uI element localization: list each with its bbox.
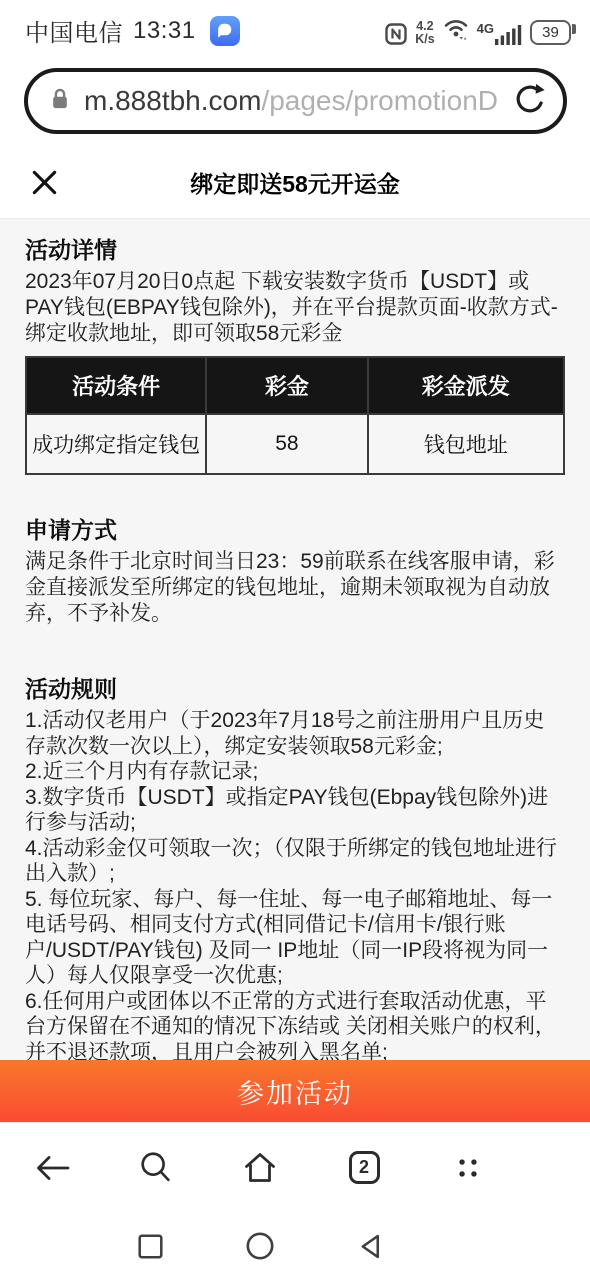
details-heading: 活动详情 — [25, 234, 565, 266]
system-recents-icon[interactable] — [95, 1233, 205, 1260]
lock-icon — [50, 87, 70, 116]
apply-body: 满足条件于北京时间当日23：59前联系在线客服申请，彩金直接派发至所绑定的钱包地… — [25, 549, 565, 627]
table-header-cell: 活动条件 — [26, 357, 206, 414]
browser-back-icon[interactable] — [0, 1148, 104, 1188]
url-path: /pages/promotionD — [261, 85, 498, 116]
table-cell: 钱包地址 — [368, 414, 564, 474]
carrier-label: 中国电信 — [25, 13, 123, 48]
browser-nav-bar: 2 — [0, 1122, 590, 1212]
page-title: 绑定即送58元开运金 — [0, 147, 590, 218]
browser-home-icon[interactable] — [208, 1148, 312, 1188]
url-text: m.888tbh.com/pages/promotionD — [84, 85, 513, 117]
table-header-row: 活动条件 彩金 彩金派发 — [26, 357, 564, 414]
table-cell: 58 — [206, 414, 367, 474]
rule-item: 6.任何用户或团体以不正常的方式进行套取活动优惠，平台方保留在不通知的情况下冻结… — [25, 989, 565, 1066]
promo-table: 活动条件 彩金 彩金派发 成功绑定指定钱包 58 钱包地址 — [25, 356, 565, 475]
rule-item: 1.活动仅老用户（于2023年7月18号之前注册用户且历史存款次数一次以上），绑… — [25, 708, 565, 759]
browser-tabs-icon[interactable]: 2 — [312, 1148, 416, 1188]
table-row: 成功绑定指定钱包 58 钱包地址 — [26, 414, 564, 474]
battery-percent: 39 — [542, 24, 559, 41]
system-back-icon[interactable] — [315, 1232, 425, 1261]
rule-item: 2.近三个月内有存款记录; — [25, 759, 565, 785]
network-speed: 4.2 K/s — [415, 20, 434, 45]
refresh-icon[interactable] — [513, 82, 547, 121]
system-home-icon[interactable] — [205, 1231, 315, 1261]
table-cell: 成功绑定指定钱包 — [26, 414, 206, 474]
rule-item: 4.活动彩金仅可领取一次；（仅限于所绑定的钱包地址进行出入款）; — [25, 836, 565, 887]
url-input[interactable]: m.888tbh.com/pages/promotionD — [24, 68, 567, 134]
apply-heading: 申请方式 — [25, 514, 565, 546]
status-bar: 中国电信 13:31 4.2 K/s 4G 39 — [0, 0, 590, 55]
nfc-icon — [385, 23, 407, 45]
join-button[interactable]: 参加活动 — [0, 1060, 590, 1122]
details-body: 2023年07月20日0点起 下载安装数字货币【USDT】或PAY钱包(EBPA… — [25, 269, 565, 347]
browser-menu-icon[interactable] — [416, 1148, 520, 1188]
table-header-cell: 彩金派发 — [368, 357, 564, 414]
wifi-icon — [443, 16, 469, 45]
rule-item: 5. 每位玩家、每户、每一住址、每一电子邮箱地址、每一电话号码、相同支付方式(相… — [25, 887, 565, 989]
cell-signal-icon: 4G — [477, 23, 522, 45]
battery-nub — [572, 24, 576, 34]
promo-page-header: 绑定即送58元开运金 — [0, 147, 590, 219]
browser-address-bar: m.888tbh.com/pages/promotionD — [0, 55, 590, 147]
messages-notification-icon — [210, 16, 240, 46]
battery-icon: 39 — [530, 20, 571, 45]
rules-heading: 活动规则 — [25, 673, 565, 705]
tab-count: 2 — [359, 1157, 369, 1178]
rule-item: 3.数字货币【USDT】或指定PAY钱包(Ebpay钱包除外)进行参与活动; — [25, 785, 565, 836]
browser-search-icon[interactable] — [104, 1148, 208, 1188]
url-domain: m.888tbh.com — [84, 85, 261, 116]
system-nav-bar — [0, 1212, 590, 1280]
status-time: 13:31 — [133, 17, 196, 45]
table-header-cell: 彩金 — [206, 357, 367, 414]
